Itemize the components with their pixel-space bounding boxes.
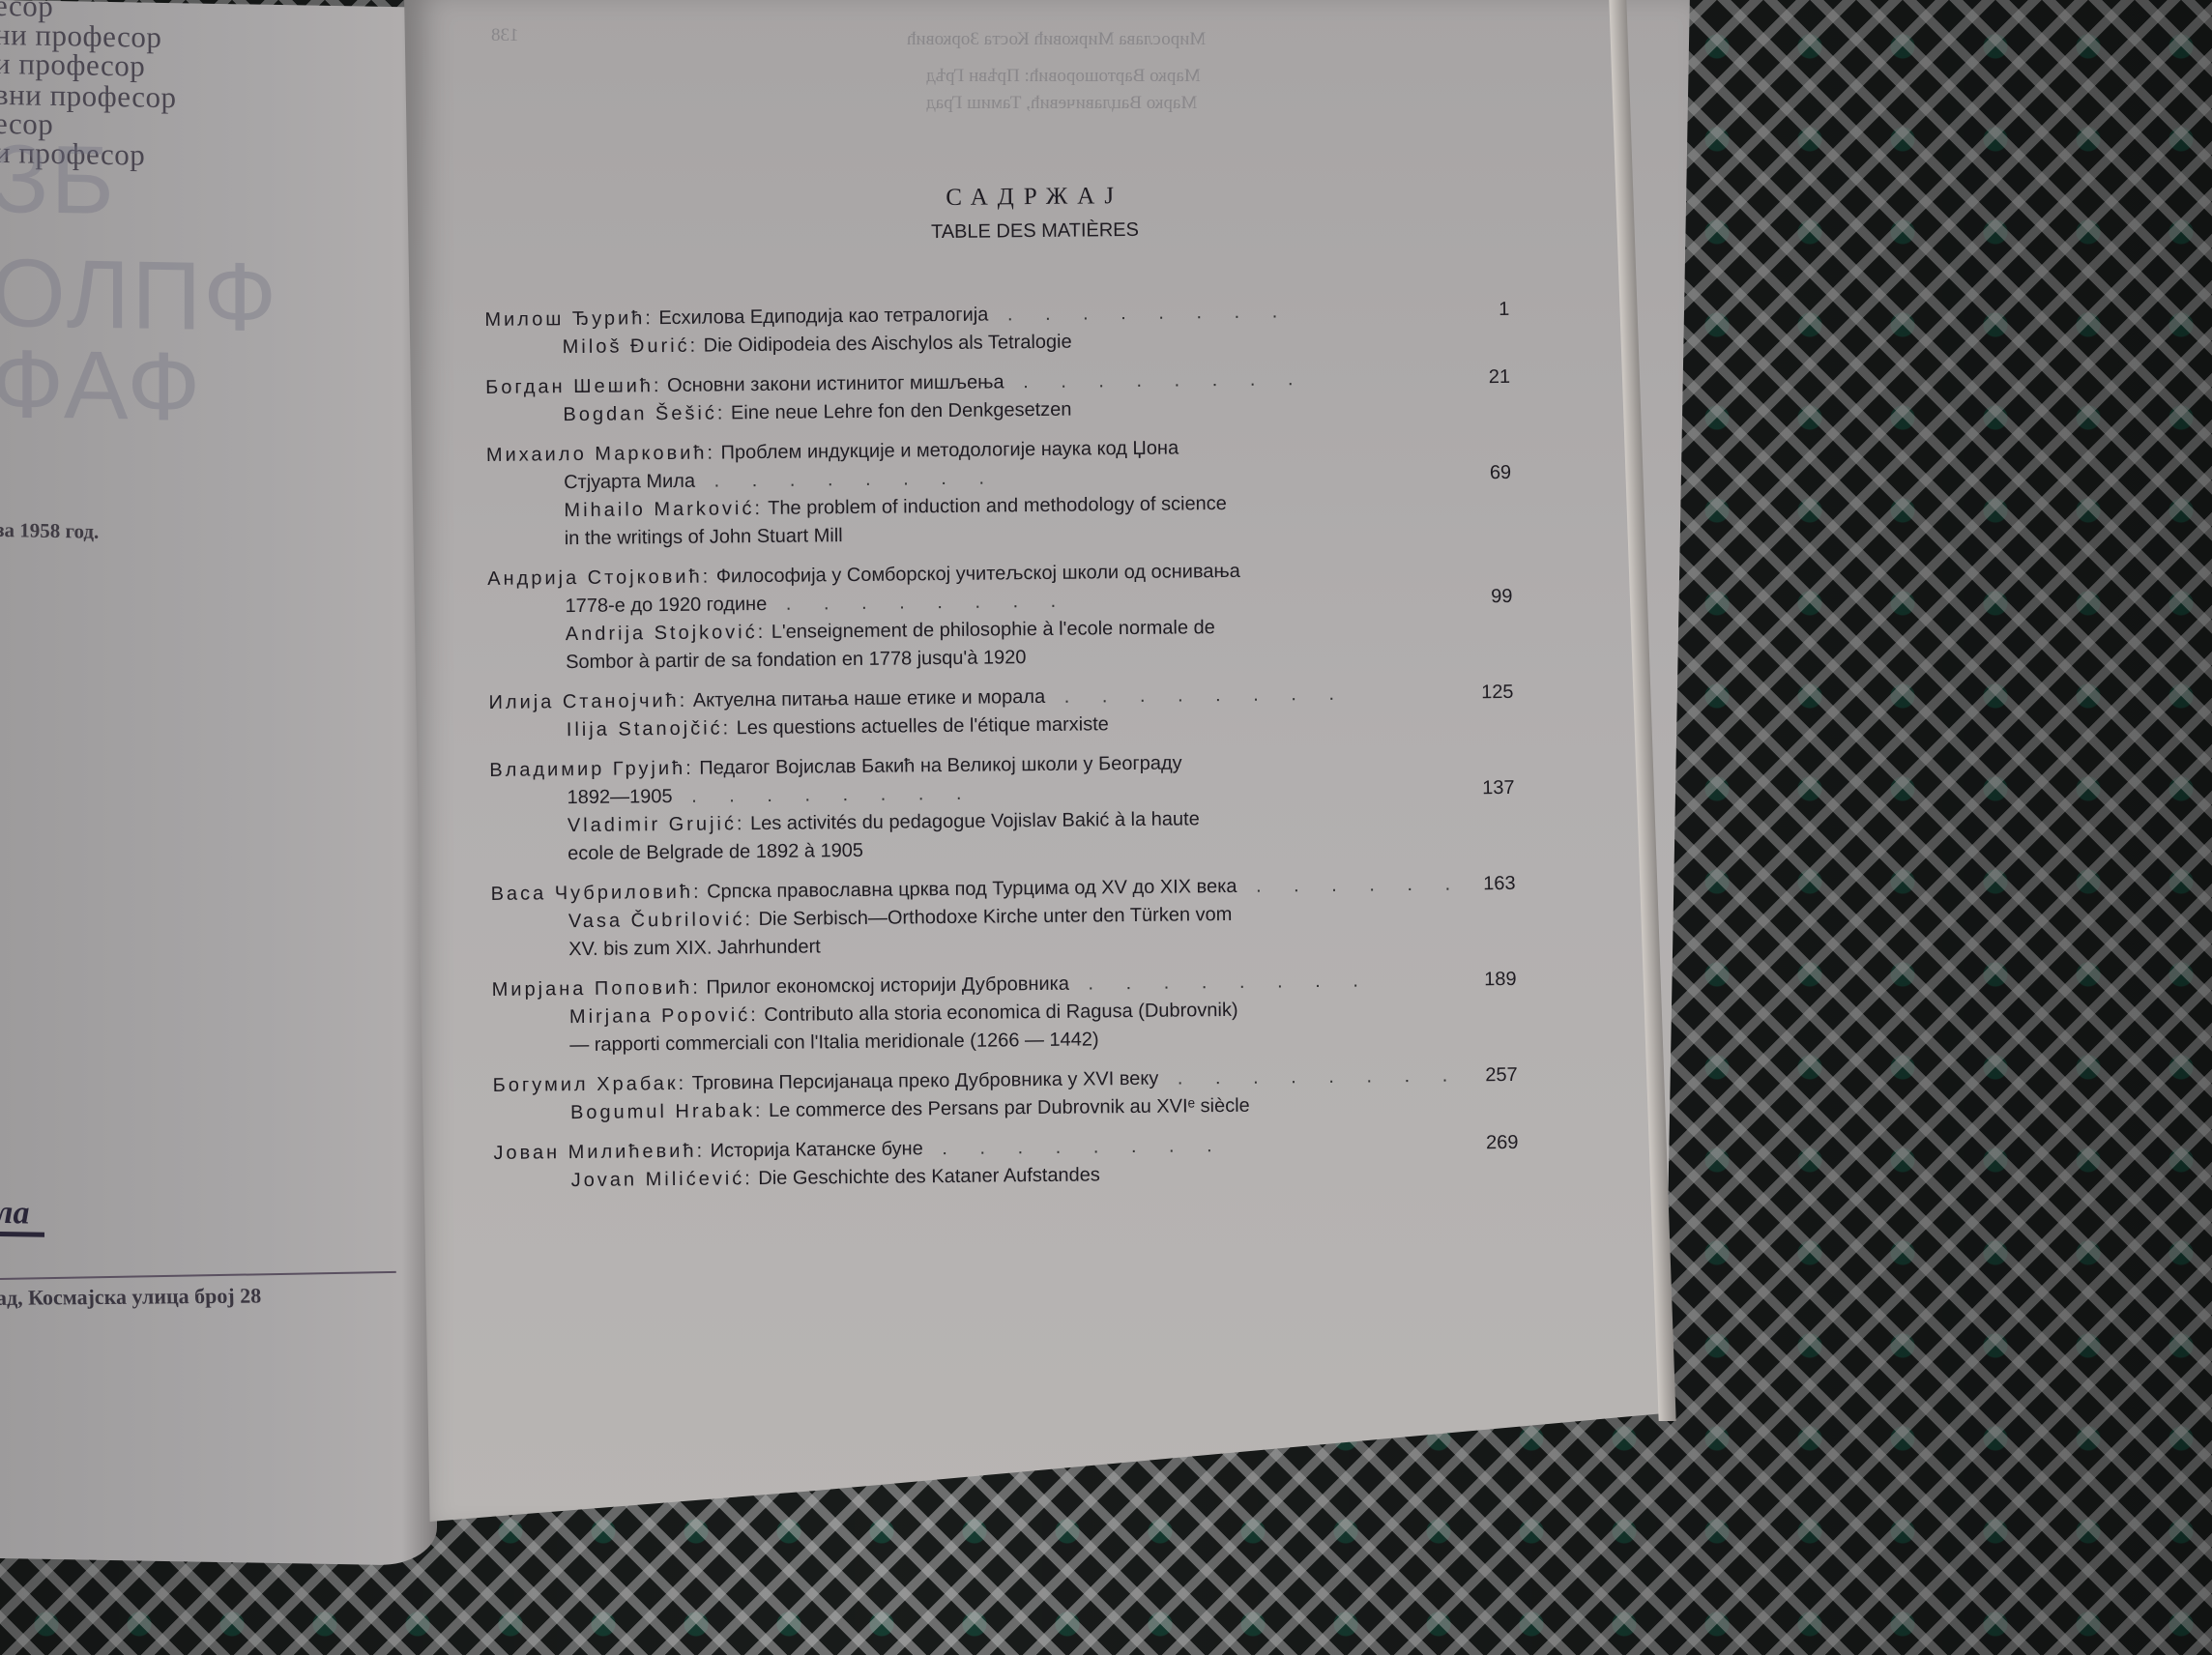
author-serbian: Васа Чубриловић: [491, 882, 702, 905]
title-serbian: Педагог Војислав Бакић на Великој школи … [699, 752, 1181, 778]
publisher-address: ад, Космајска улица број 28 [0, 1284, 261, 1311]
page-number: 269 [1486, 1129, 1519, 1157]
page-number: 99 [1491, 583, 1513, 611]
author-translation: Vladimir Grujić: [568, 813, 745, 836]
leader-dots: . . . . . . . . [1045, 683, 1348, 708]
toc-entries: Милош Ђурић: Есхилова Едиподија као тетр… [484, 296, 1519, 1196]
toc-entry: Илија Станојчић: Актуелна питања наше ет… [488, 679, 1514, 745]
bleed-through-letters: ЗБ [0, 124, 116, 237]
author-translation: Vasa Čubrilović: [568, 909, 753, 932]
title-translation: Die Oidipodeia des Aischylos als Tetralo… [704, 332, 1072, 357]
left-page: есор ни професор и професор вни професор… [0, 0, 437, 1566]
author-serbian: Михаило Марковић: [486, 443, 715, 466]
page-number: 137 [1482, 774, 1515, 802]
table-of-contents: САДРЖАЈ TABLE DES MATIÈRES Милош Ђурић: … [483, 179, 1519, 1207]
leader-dots: . . . . . . . . [695, 467, 998, 491]
title-translation: The problem of induction and methodology… [768, 493, 1227, 519]
title-serbian-cont: 1778-е до 1920 године [565, 594, 767, 617]
leader-dots: . . . . . . . . [988, 301, 1291, 325]
title-translation-cont: ecole de Belgrade de 1892 à 1905 [568, 840, 863, 864]
toc-entry: Богумил Храбак: Трговина Персијанаца пре… [493, 1061, 1519, 1128]
title-serbian-cont: Стјуарта Мила [564, 471, 695, 493]
author-translation: Mihailo Marković: [564, 498, 763, 521]
bleed-through-text: Марко Вацлавичевић, Тамиш Град [926, 93, 1197, 114]
leader-dots: . . . . . . . . [672, 783, 975, 807]
author-translation: Andrija Stojković: [566, 622, 767, 645]
toc-entry: Богдан Шешић: Основни закони истинитог м… [485, 363, 1511, 430]
bleed-through-page-number: 138 [491, 25, 519, 46]
toc-entry: Милош Ђурић: Есхилова Едиподија као тетр… [484, 296, 1510, 363]
page-number: 125 [1481, 679, 1514, 707]
author-serbian: Богумил Храбак: [493, 1073, 687, 1096]
toc-entry: Михаило Марковић: Проблем индукције и ме… [486, 431, 1512, 554]
title-translation: Les questions actuelles de l'étique marx… [737, 713, 1109, 739]
author-serbian: Милош Ђурић: [484, 307, 654, 331]
author-serbian: Богдан Шешић: [485, 375, 662, 398]
title-serbian: Есхилова Едиподија као тетралогија [658, 305, 988, 330]
page-number: 21 [1489, 363, 1511, 392]
title-translation: L'enseignement de philosophie à l'ecole … [771, 617, 1215, 643]
title-translation: Die Geschichte des Kataner Aufstandes [758, 1164, 1100, 1189]
leader-dots: . . . . . . . . [1004, 368, 1306, 392]
leader-dots: . . . . . . . . [1158, 1064, 1460, 1089]
page-number: 163 [1483, 870, 1516, 898]
title-translation: Contributo alla storia economica di Ragu… [764, 1000, 1237, 1026]
author-translation: Bogumul Hrabak: [570, 1100, 764, 1123]
title-translation: Les activités du pedagogue Vojislav Baki… [750, 808, 1200, 834]
divider-rule [0, 1271, 396, 1280]
toc-entry: Мирјана Поповић: Прилог економској истор… [492, 966, 1518, 1060]
bleed-through-letters: ФАФ [0, 329, 202, 444]
title-serbian: Актуелна питања наше етике и морала [693, 686, 1046, 711]
page-number: 1 [1499, 296, 1509, 324]
leader-dots: . . . . . . . . [767, 591, 1069, 615]
title-serbian: Српска православна црква под Турцима од … [707, 876, 1237, 903]
title-serbian: Трговина Персијанаца преко Дубровника у … [692, 1068, 1159, 1094]
title-translation-cont: — rapporti commerciali con l'Italia meri… [569, 1029, 1099, 1056]
toc-entry: Јован Милићевић: Историја Катанске буне … [493, 1129, 1519, 1196]
toc-entry: Владимир Грујић: Педагог Војислав Бакић … [489, 746, 1515, 869]
bleed-through-text: Мирослава Мирковић Коста Зорковић [907, 29, 1206, 50]
publication-year: за 1958 год. [0, 518, 99, 544]
author-serbian: Андрија Стојковић: [487, 566, 711, 590]
signature: ла [0, 1195, 44, 1237]
title-translation-cont: in the writings of John Stuart Mill [565, 525, 843, 549]
author-serbian: Јован Милићевић: [493, 1141, 705, 1164]
toc-entry: Васа Чубриловић: Српска православна цркв… [490, 870, 1516, 965]
page-number: 189 [1484, 966, 1517, 994]
title-serbian-cont: 1892—1905 [567, 786, 672, 808]
title-serbian: Основни закони истинитог мишљења [667, 371, 1004, 396]
toc-subtitle: TABLE DES MATIÈRES [561, 216, 1508, 247]
author-translation: Bogdan Šešić: [563, 402, 725, 425]
title-translation: Die Serbisch—Orthodoxe Kirche unter den … [758, 904, 1232, 930]
author-serbian: Илија Станојчић: [488, 690, 687, 713]
author-serbian: Владимир Грујић: [489, 758, 694, 781]
author-translation: Jovan Milićević: [571, 1168, 753, 1191]
author-translation: Mirjana Popović: [569, 1004, 759, 1028]
leader-dots: . . . . . . . . [1237, 873, 1457, 897]
bleed-through-text: Марко Вартошоровић: Прѣвн Грѣд [926, 66, 1201, 87]
leader-dots: . . . . . . . . [923, 1135, 1226, 1159]
title-translation-cont: Sombor à partir de sa fondation en 1778 … [566, 647, 1027, 673]
title-serbian: Проблем индукције и методологије наука к… [721, 437, 1179, 463]
page-number: 69 [1490, 459, 1512, 487]
author-translation: Miloš Đurić: [563, 335, 699, 358]
title-serbian: Прилог економској историји Дубровника [706, 973, 1069, 999]
title-translation: Eine neue Lehre fon den Denkgesetzen [731, 399, 1072, 424]
title-serbian: Историја Катанске буне [711, 1138, 923, 1161]
leader-dots: . . . . . . . . [1069, 970, 1372, 994]
title-translation: Le commerce des Persans par Dubrovnik au… [769, 1095, 1250, 1121]
author-serbian: Мирјана Поповић: [492, 977, 701, 1001]
toc-entry: Андрија Стојковић: Философија у Сомборск… [487, 555, 1513, 678]
author-translation: Ilija Stanojčić: [567, 717, 732, 740]
title-translation-cont: XV. bis zum XIX. Jahrhundert [568, 936, 821, 960]
title-serbian: Философија у Сомборској учитељској школи… [716, 561, 1240, 588]
page-number: 257 [1485, 1061, 1518, 1089]
